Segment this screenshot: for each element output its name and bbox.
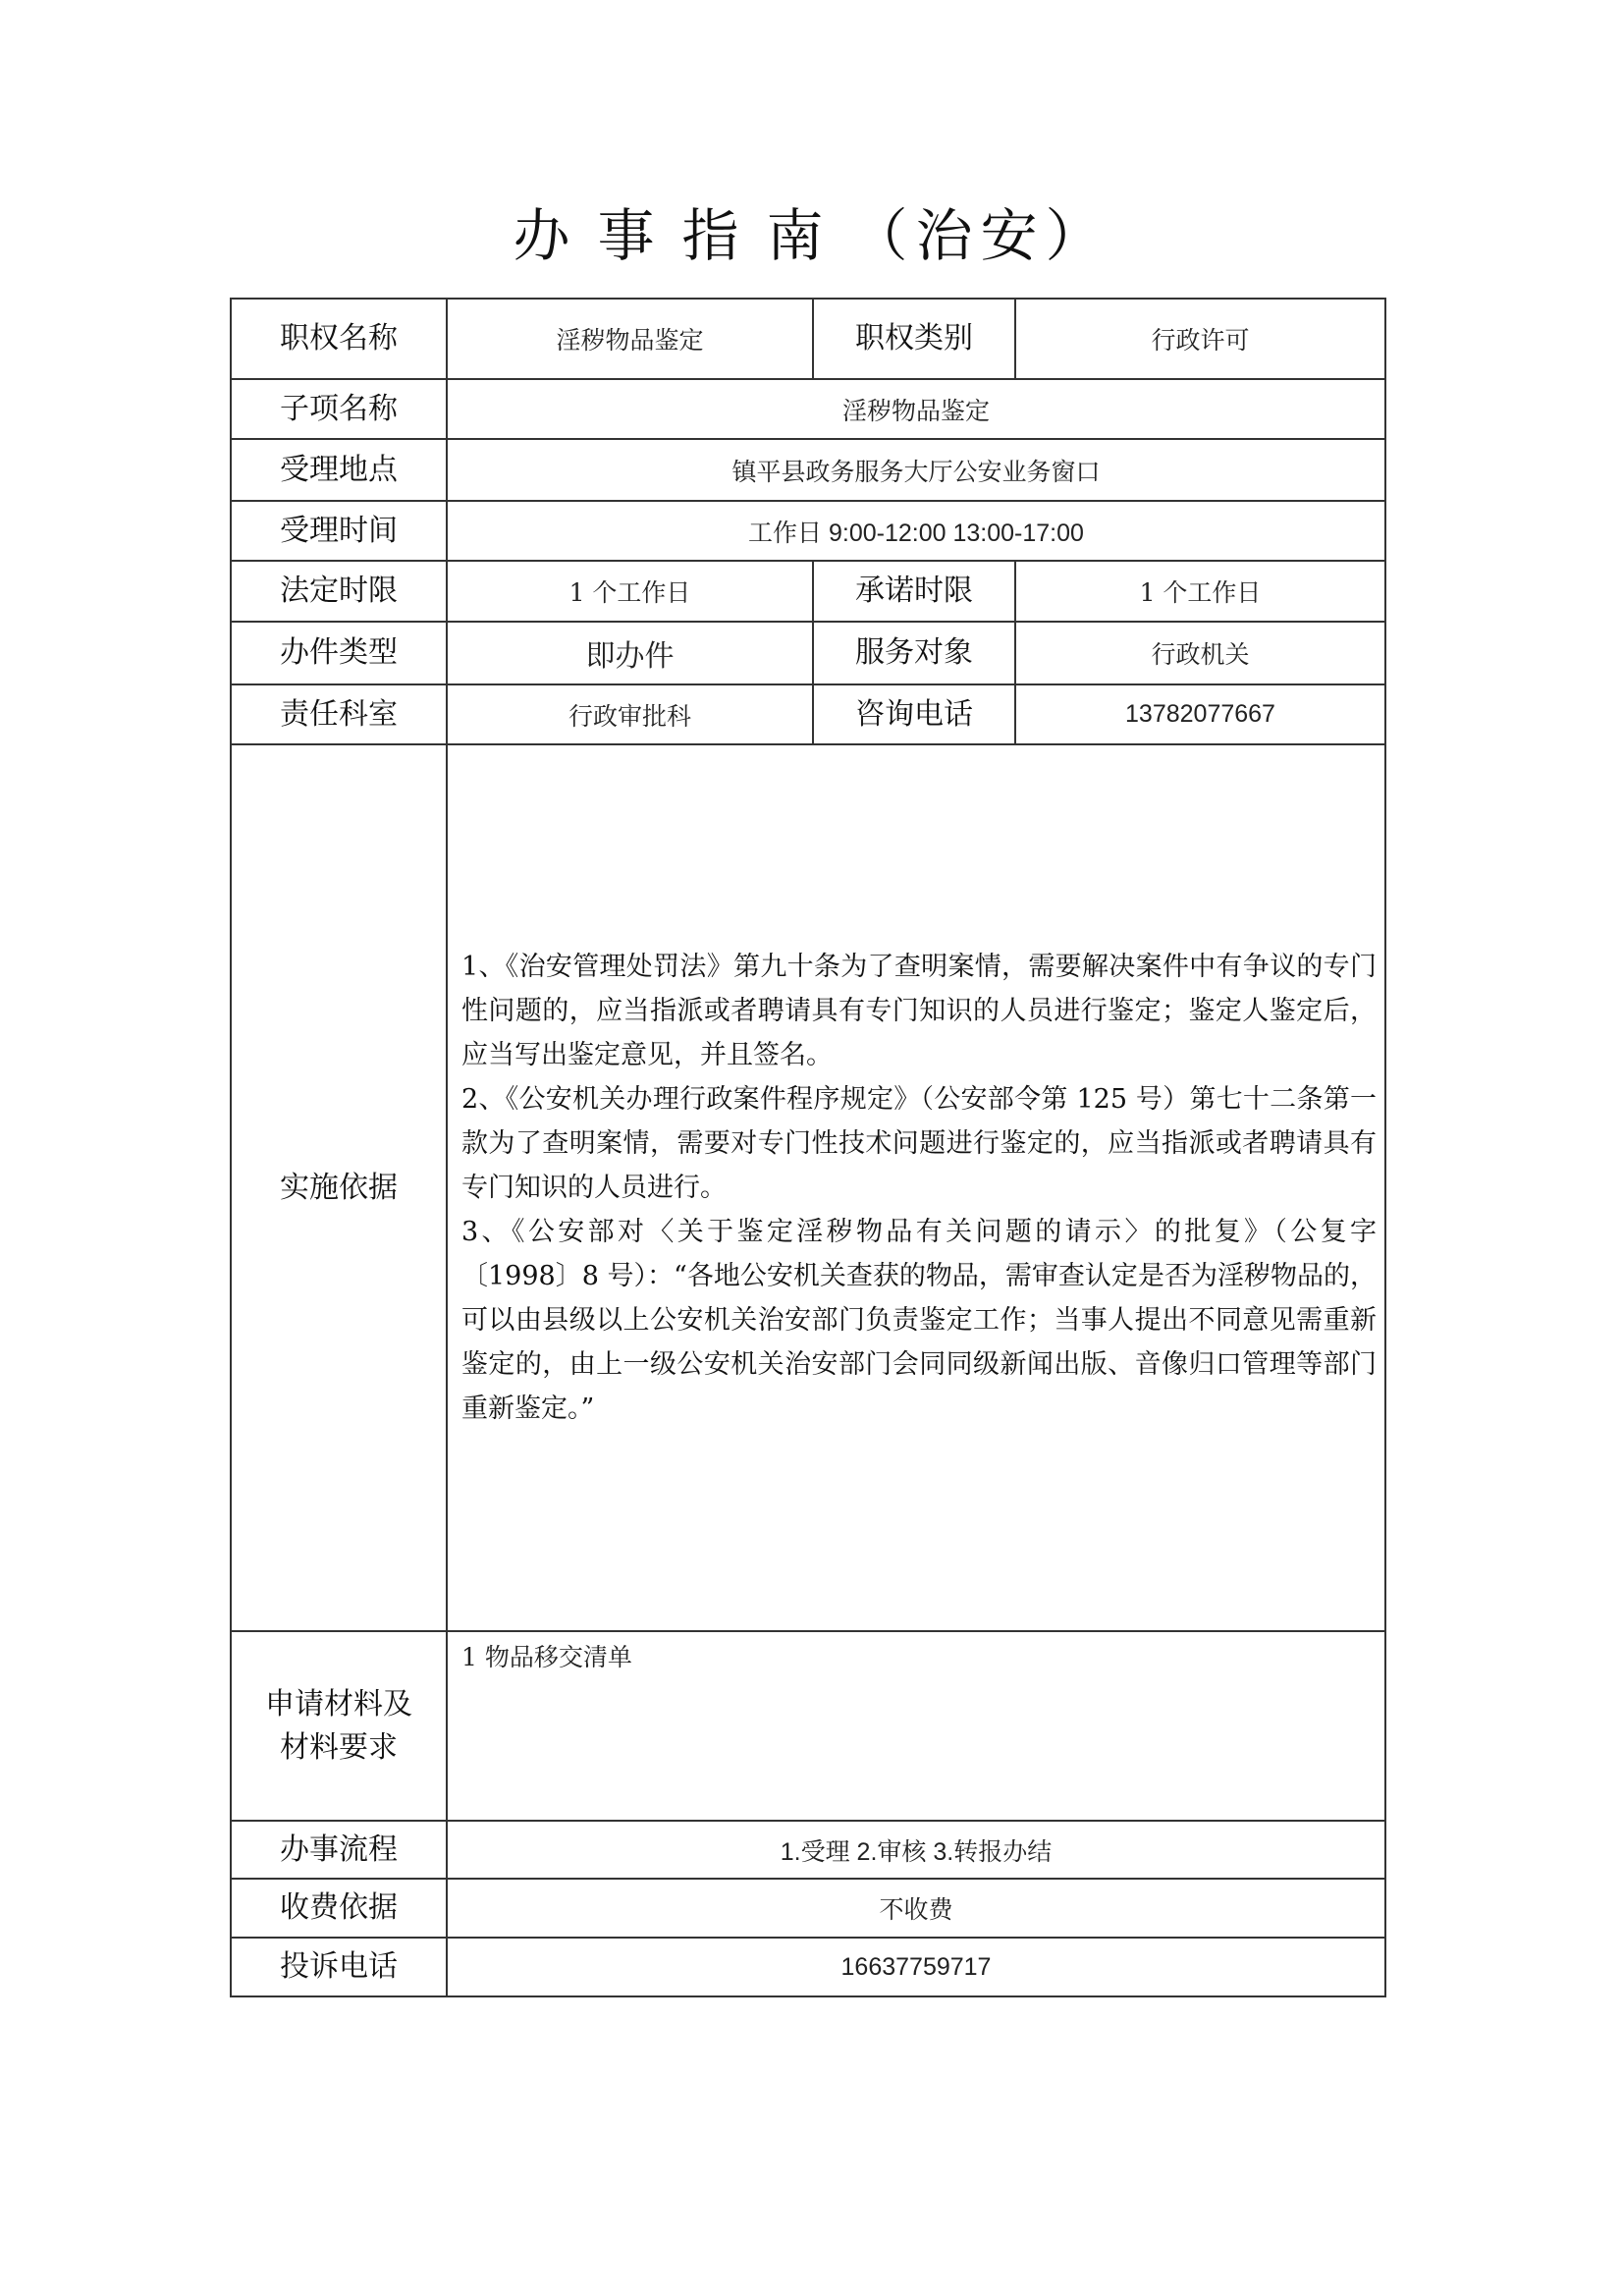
fee-basis-label: 收费依据 xyxy=(231,1879,447,1938)
application-materials-label-line2: 材料要求 xyxy=(232,1726,446,1770)
acceptance-time-label: 受理时间 xyxy=(231,501,447,561)
service-guide-table: 职权名称 淫秽物品鉴定 职权类别 行政许可 子项名称 淫秽物品鉴定 受理地点 镇… xyxy=(230,298,1386,1997)
case-type-label: 办件类型 xyxy=(231,622,447,684)
page-title-main: 办事指南 xyxy=(513,202,850,269)
basis-paragraph: 1、《治安管理处罚法》第九十条为了查明案情，需要解决案件中有争议的专门性问题的，… xyxy=(461,945,1377,1077)
row-case-type: 办件类型 即办件 服务对象 行政机关 xyxy=(231,622,1385,684)
row-process: 办事流程 1.受理 2.审核 3.转报办结 xyxy=(231,1821,1385,1879)
authority-type-value: 行政许可 xyxy=(1015,299,1385,379)
consult-phone-label: 咨询电话 xyxy=(813,684,1015,744)
row-sub-item: 子项名称 淫秽物品鉴定 xyxy=(231,379,1385,439)
process-label: 办事流程 xyxy=(231,1821,447,1879)
authority-name-label: 职权名称 xyxy=(231,299,447,379)
legal-time-limit-value: 1 个工作日 xyxy=(447,561,813,622)
row-time: 受理时间 工作日 9:00-12:00 13:00-17:00 xyxy=(231,501,1385,561)
promised-time-limit-value: 1 个工作日 xyxy=(1015,561,1385,622)
row-complaint-phone: 投诉电话 16637759717 xyxy=(231,1938,1385,1996)
legal-time-limit-label: 法定时限 xyxy=(231,561,447,622)
fee-basis-value: 不收费 xyxy=(447,1879,1385,1938)
promised-time-limit-label: 承诺时限 xyxy=(813,561,1015,622)
acceptance-location-label: 受理地点 xyxy=(231,439,447,501)
application-materials-label-line1: 申请材料及 xyxy=(232,1683,446,1726)
consult-phone-value: 13782077667 xyxy=(1015,684,1385,744)
row-location: 受理地点 镇平县政务服务大厅公安业务窗口 xyxy=(231,439,1385,501)
page-title: 办事指南（治安） xyxy=(0,196,1623,275)
application-materials-cell: 1 物品移交清单 xyxy=(447,1631,1385,1821)
authority-type-label: 职权类别 xyxy=(813,299,1015,379)
service-object-value: 行政机关 xyxy=(1015,622,1385,684)
acceptance-location-value: 镇平县政务服务大厅公安业务窗口 xyxy=(447,439,1385,501)
application-materials-label: 申请材料及 材料要求 xyxy=(231,1631,447,1821)
responsible-office-value: 行政审批科 xyxy=(447,684,813,744)
process-value: 1.受理 2.审核 3.转报办结 xyxy=(447,1821,1385,1879)
sub-item-name-label: 子项名称 xyxy=(231,379,447,439)
authority-name-value: 淫秽物品鉴定 xyxy=(447,299,813,379)
acceptance-time-value: 工作日 9:00-12:00 13:00-17:00 xyxy=(447,501,1385,561)
implementation-basis-label: 实施依据 xyxy=(231,744,447,1631)
sub-item-name-value: 淫秽物品鉴定 xyxy=(447,379,1385,439)
complaint-phone-value: 16637759717 xyxy=(447,1938,1385,1996)
row-implementation-basis: 实施依据 1、《治安管理处罚法》第九十条为了查明案情，需要解决案件中有争议的专门… xyxy=(231,744,1385,1631)
row-application-materials: 申请材料及 材料要求 1 物品移交清单 xyxy=(231,1631,1385,1821)
basis-paragraph: 2、《公安机关办理行政案件程序规定》（公安部令第 125 号）第七十二条第一款为… xyxy=(461,1077,1377,1210)
implementation-basis-cell: 1、《治安管理处罚法》第九十条为了查明案情，需要解决案件中有争议的专门性问题的，… xyxy=(447,744,1385,1631)
implementation-basis-text: 1、《治安管理处罚法》第九十条为了查明案情，需要解决案件中有争议的专门性问题的，… xyxy=(448,945,1384,1431)
row-time-limits: 法定时限 1 个工作日 承诺时限 1 个工作日 xyxy=(231,561,1385,622)
materials-item: 1 物品移交清单 xyxy=(448,1632,1384,1683)
page-title-sub: （治安） xyxy=(851,202,1110,269)
complaint-phone-label: 投诉电话 xyxy=(231,1938,447,1996)
service-object-label: 服务对象 xyxy=(813,622,1015,684)
row-office: 责任科室 行政审批科 咨询电话 13782077667 xyxy=(231,684,1385,744)
row-fee-basis: 收费依据 不收费 xyxy=(231,1879,1385,1938)
responsible-office-label: 责任科室 xyxy=(231,684,447,744)
basis-paragraph: 3、《公安部对〈关于鉴定淫秽物品有关问题的请示〉的批复》（公复字〔1998〕8 … xyxy=(461,1210,1377,1431)
case-type-value: 即办件 xyxy=(447,622,813,684)
row-authority: 职权名称 淫秽物品鉴定 职权类别 行政许可 xyxy=(231,299,1385,379)
